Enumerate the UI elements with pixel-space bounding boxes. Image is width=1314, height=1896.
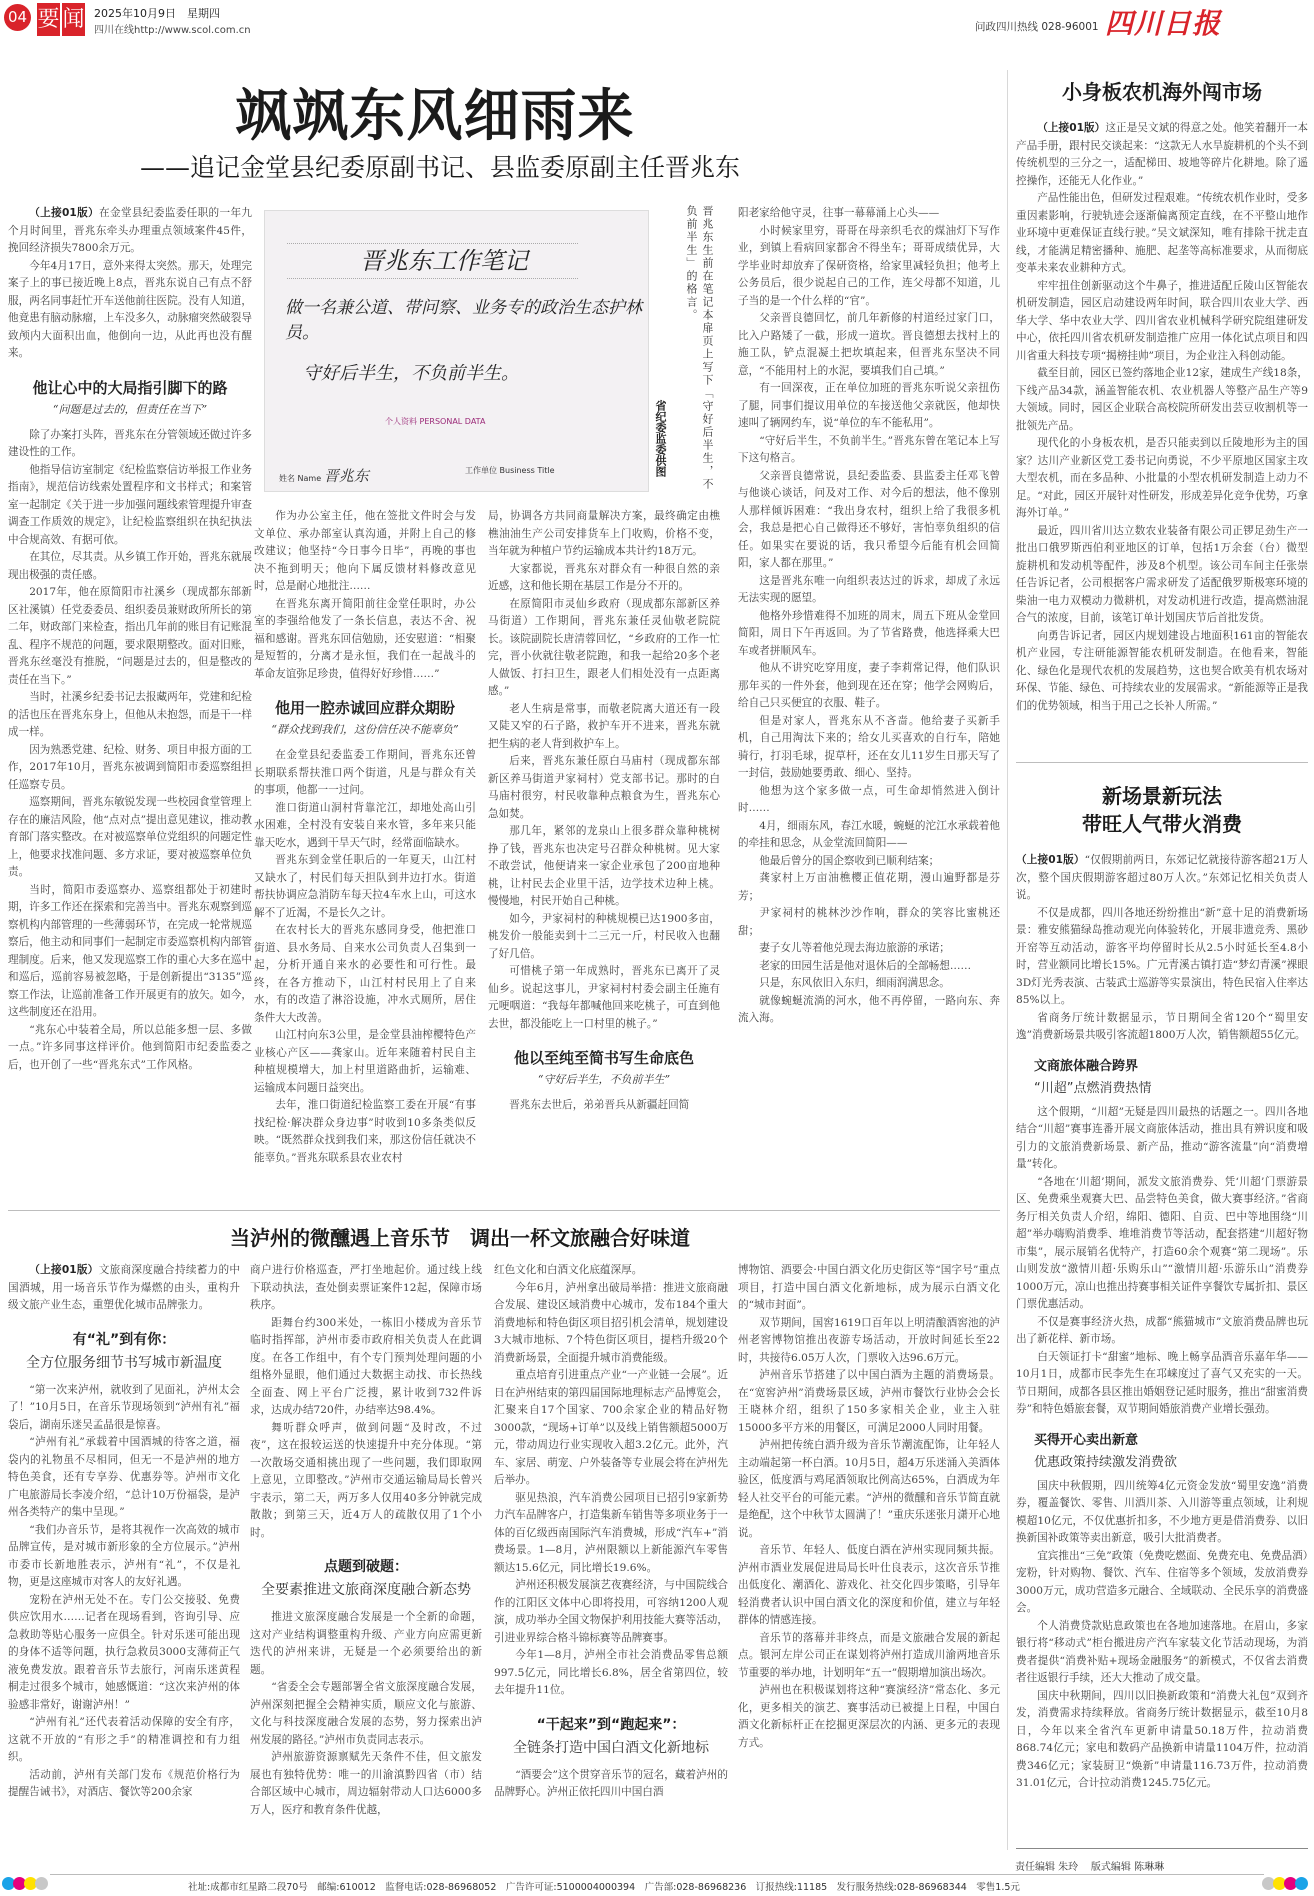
paragraph: “兆东心中装着全局，所以总能多想一层、多做一点。”许多同事这样评价。他到简阳市纪… <box>8 1022 252 1075</box>
section-heading: 有“礼”到有你： 全方位服务细节书写城市新温度 <box>8 1329 240 1372</box>
main-story-column-2: 作为办公室主任，他在签批文件时会与发文单位、承办部室认真沟通，并附上自己的修改建… <box>254 508 476 1167</box>
paragraph: “泸州有礼”承载着中国酒城的待客之道，福袋内的礼物虽不尽相同，但无一不是泸州的地… <box>8 1434 240 1522</box>
paragraph: 不仅是成都，四川各地还纷纷推出“新”意十足的消费新场景：雅安熊猫绿岛推动观光向体… <box>1016 905 1308 1010</box>
paragraph: 有一回深夜，正在单位加班的晋兆东听说父亲扭伤了腿，同事们提议用单位的车接送他父亲… <box>738 380 1000 433</box>
subheading: 文商旅体融合跨界 “川超”点燃消费热情 <box>1034 1055 1308 1096</box>
paragraph: 当时，简阳市委巡察办、巡察组都处于初建时期，许多工作还在探索和完善当中。晋兆东观… <box>8 882 252 1022</box>
photo-handwriting-line: 守好后半生，不负前半生。 <box>303 359 519 385</box>
paragraph: 产品性能出色，但研发过程艰难。“传统农机作业时，受多重因素影响，行驶轨迹会逐渐偏… <box>1016 190 1308 278</box>
registration-marks-left <box>2 1877 46 1890</box>
paragraph: 去年，淮口街道纪检监察工委在开展“有事找纪检·解决群众身边事”时收到10多条类似… <box>254 1097 476 1167</box>
paragraph: 后来，晋兆东兼任原白马庙村（现成都东部新区养马街道尹家祠村）党支部书记。那时的白… <box>488 753 720 823</box>
main-story-column-3: 局，协调各方共同商量解决方案，最终确定由樵樵油油生产公司安排货车上门收购，价格不… <box>488 508 720 1115</box>
paragraph: 龚家村上万亩油樵樱正值花期，漫山遍野都是芬芳； <box>738 870 1000 905</box>
section-heading: 他以至纯至简书写生命底色 “守好后半生，不负前半生” <box>488 1047 720 1087</box>
right-bottom-headline: 新场景新玩法 带旺人气带火消费 <box>1016 782 1308 838</box>
paragraph: 个人消费贷款贴息政策也在各地加速落地。在眉山，多家银行将“移动式”柜台搬进房产汽… <box>1016 1618 1308 1688</box>
paragraph: 淮口街道山洞村背靠沱江，却地处高山引水困难，全村没有安装自来水管，多年来只能靠天… <box>254 800 476 853</box>
photo-work-field: 工作单位 Business Title <box>465 465 555 476</box>
paragraph: 白天领证打卡“甜蜜”地标、晚上畅享品酒音乐嘉年华——10月1日，成都市民李先生在… <box>1016 1349 1308 1419</box>
editor-credits: 责任编辑 朱玲 版式编辑 陈琳琳 <box>1015 1858 1164 1873</box>
paragraph: 国庆中秋期间，四川以旧换新政策和“消费大礼包”双到齐发，消费需求持续释放。省商务… <box>1016 1688 1308 1793</box>
section-tag: 要 闻 <box>37 3 85 36</box>
paragraph: 4月，细雨东风，春江水暖，蜿蜒的沱江水承载着他的牵挂和思念，从金堂流回简阳—— <box>738 818 1000 853</box>
paragraph: “守好后半生，不负前半生。”晋兆东曾在笔记本上写下这句格言。 <box>738 433 1000 468</box>
paragraph: 距舞台约300米处，一栋旧小楼成为音乐节临时指挥部，泸州市委市政府相关负责人在此… <box>250 1315 482 1420</box>
paragraph: 父亲晋良德回忆，前几年新修的村道经过家门口，比入户路矮了一截，形成一道坎。晋良德… <box>738 310 1000 380</box>
registration-dot-icon <box>1295 1877 1308 1890</box>
paragraph: 驱见热浪，汽车消费公园项目已招引9家新势力汽车品牌客户，打造集新车销售等多项业务… <box>494 1490 728 1578</box>
footer: 社址:成都市红星路二段70号 邮编:610012 监督电话:028-869680… <box>0 1872 1314 1896</box>
paragraph: 在金堂县纪委监委工作期间，晋兆东还曾长期联系帮扶淮口两个街道，凡是与群众有关的事… <box>254 747 476 800</box>
newspaper-logo: 四川日报 <box>1105 2 1221 42</box>
paragraph: 这个假期，“川超”无疑是四川最热的话题之一。四川各地结合“川超”赛事连番开展文商… <box>1016 1104 1308 1174</box>
paragraph: 那几年，紧邻的龙泉山上很多群众靠种桃树挣了钱，晋兆东也决定号召群众种桃树。见大家… <box>488 823 720 911</box>
registration-marks-right <box>1262 1877 1306 1890</box>
main-subheadline: ——追记金堂县纪委原副书记、县监委原副主任晋兆东 <box>80 148 800 184</box>
paragraph: 省商务厅统计数据显示，节日期间全省120个“蜀里安逸”消费新场景共吸引客流超18… <box>1016 1010 1308 1045</box>
paragraph: 泸州把传统白酒升级为音乐节潮流配饰，让年轻人主动端起第一杯白酒。10月5日，超4… <box>738 1437 1000 1542</box>
main-story-column-4: 阳老家给他守灵，往事一幕幕涌上心头—— 小时候家里穷，哥哥在母亲织毛衣的煤油灯下… <box>738 205 1000 1028</box>
paragraph: 重点培育引进重点产业“一产业链一会展”。近日在泸州结束的第四届国际地理标志产品博… <box>494 1367 728 1490</box>
photo-stamp: 个人资料 PERSONAL DATA <box>385 416 485 427</box>
paragraph: 这是晋兆东唯一向组织表达过的诉求，却成了永远无法实现的愿望。 <box>738 573 1000 608</box>
right-top-headline: 小身板农机海外闯市场 <box>1016 78 1308 106</box>
paragraph: 现代化的小身板农机，是否只能卖到以丘陵地形为主的国家？达川产业新区党工委书记向勇… <box>1016 435 1308 523</box>
section-heading: “干起来”到“跑起来”： 全链条打造中国白酒文化新地标 <box>494 1714 728 1757</box>
paragraph: 在其位，尽其责。从乡镇工作开始，晋兆东就展现出极强的责任感。 <box>8 549 252 584</box>
paragraph: 就像蜿蜒流淌的河水，他不再停留，一路向东、奔流入海。 <box>738 993 1000 1028</box>
right-bottom-story-body: （上接01版）“仅假期前两日，东郊记忆就接待游客超21万人次，整个国庆假期游客超… <box>1016 852 1308 1793</box>
paragraph: 向勇告诉记者，园区内规划建设占地面积161亩的智能农机产业园，专注研能源智能农机… <box>1016 628 1308 716</box>
paragraph: 在原简阳市灵仙乡政府（现成都东部新区养马街道）工作期间，晋兆东兼任灵仙敬老院院长… <box>488 596 720 701</box>
paragraph: 只是，东风依旧入东归，细雨润满思念。 <box>738 975 1000 993</box>
paragraph: 阳老家给他守灵，往事一幕幕涌上心头—— <box>738 205 1000 223</box>
story-separator <box>8 1210 1000 1211</box>
paragraph: 泸州还积极发展演艺夜赛经济，与中国院线合作的江阳区文体中心即将投用，可容纳120… <box>494 1577 728 1647</box>
paragraph: 山江村向东3公里，是金堂县油榨樱特色产业核心产区——龚家山。近年来随着村民自主种… <box>254 1027 476 1097</box>
paragraph: “各地在‘川超’期间，派发文旅消费券、凭‘川超’门票游景区、免费乘坐观赛大巴、品… <box>1016 1174 1308 1314</box>
paragraph: 老家的田园生活是他对退休后的全部畅想…… <box>738 958 1000 976</box>
masthead: 04 要 闻 2025年10月9日 星期四 四川在线http://www.sco… <box>0 0 1314 46</box>
photo-handwriting-line: 做一名兼公道、带问察、业务专的政治生态护林员。 <box>285 293 648 343</box>
paragraph: 国庆中秋假期，四川统筹4亿元资金发放“蜀里安逸”消费券，覆盖餐饮、零售、川酒川茶… <box>1016 1478 1308 1548</box>
paragraph: 除了办案打头阵，晋兆东在分管领域还做过许多建设性的工作。 <box>8 427 252 462</box>
paragraph: 他想为这个家多做一点，可生命却悄然进入倒计时…… <box>738 783 1000 818</box>
paragraph: 商户进行价格巡查，严打坐地起价。通过线上线下联动执法，查处倒卖票证案件12起，保… <box>250 1262 482 1315</box>
paragraph: 他指导信访室制定《纪检监察信访举报工作业务指南》，规范信访线索处置程序和文书样式… <box>8 462 252 550</box>
bottom-story-column-2: 商户进行价格巡查，严打坐地起价。通过线上线下联动执法，查处倒卖票证案件12起，保… <box>250 1262 482 1819</box>
column-divider <box>1007 70 1008 1850</box>
paragraph: （上接01版）文旅商深度融合持续蓄力的中国酒城，用一场音乐节作为爆燃的由头，重构… <box>8 1262 240 1315</box>
paragraph: 今年4月17日，意外来得太突然。那天，处理完案子上的事已接近晚上8点，晋兆东说自… <box>8 258 252 363</box>
paragraph: 音乐节、年轻人、低度白酒在泸州实现同频共振。泸州市酒业发展促进局局长叶仕良表示，… <box>738 1542 1000 1630</box>
main-headline: 飒飒东风细雨来 <box>120 72 750 152</box>
hotline: 问政四川热线 028-96001 <box>975 19 1099 34</box>
paragraph: 红色文化和白酒文化底蕴深厚。 <box>494 1262 728 1280</box>
bottom-story-headline: 当泸州的微醺遇上音乐节 调出一杯文旅融合好味道 <box>170 1222 750 1251</box>
paragraph: “省委全会专题部署全省文旅深度融合发展，泸州深刻把握全会精神实质，顺应文化与旅游… <box>250 1679 482 1749</box>
paragraph: 因为熟悉党建、纪检、财务、项目申报方面的工作，2017年10月，晋兆东被调到简阳… <box>8 742 252 795</box>
paragraph: 牢牢扭住创新驱动这个牛鼻子，推进适配丘陵山区智能农机研发制造，园区启动建设两年时… <box>1016 278 1308 366</box>
paragraph: 博物馆、酒要会·中国白酒文化历史街区等“国字号”重点项目，打造中国白酒文化新地标… <box>738 1262 1000 1315</box>
paragraph: （上接01版）在金堂县纪委监委任职的一年九个月时间里，晋兆东牵头办理重点领域案件… <box>8 205 252 258</box>
paragraph: 父亲晋良德常说，县纪委监委、县监委主任邓飞曾与他谈心谈话，问及对工作、对今后的想… <box>738 468 1000 573</box>
paragraph: 小时候家里穷，哥哥在母亲织毛衣的煤油灯下写作业，到镇上看病回家都舍不得坐车；哥哥… <box>738 223 1000 311</box>
paragraph: 尹家祠村的桃林沙沙作响，群众的笑容比蜜桃还甜； <box>738 905 1000 940</box>
right-top-story-body: （上接01版）这正是吴文斌的得意之处。他笑着翻开一本产品手册，跟村民交谈起来：“… <box>1016 120 1308 715</box>
section-heading: 点题到破题： 全要素推进文旅商深度融合新态势 <box>250 1556 482 1599</box>
paragraph: 妻子女儿等着他兑现去海边旅游的承诺； <box>738 940 1000 958</box>
paragraph: 活动前，泸州有关部门发布《规范价格行为提醒告诫书》，对酒店、餐饮等200余家 <box>8 1767 240 1802</box>
paragraph: 他格外珍惜难得不加班的周末，周五下班从金堂回简阳，周日下午再返回。为了节省路费，… <box>738 608 1000 661</box>
paragraph: 在晋兆东离开简阳前往金堂任职时，办公室的李强给他发了一条长信息，表达不舍、祝福和… <box>254 596 476 684</box>
paragraph: 2017年，他在原简阳市社溪乡（现成都东部新区社溪镇）任党委委员、组织委员兼财政… <box>8 584 252 689</box>
photo-name-field: 姓名 Name 晋兆东 <box>279 465 369 486</box>
paragraph: 泸州也在积极谋划将这种“赛演经济”常态化、多元化，更多相关的演艺、赛事活动已被提… <box>738 1682 1000 1752</box>
section-heading: 他用一腔赤诚回应群众期盼 “群众找到我们，这份信任决不能辜负” <box>254 697 476 737</box>
section-heading: 他让心中的大局指引脚下的路 “问题是过去的，但责任在当下” <box>8 377 252 417</box>
paragraph: 但是对家人，晋兆东从不吝啬。他给妻子买新手机，自己用淘汰下来的；给女儿买喜欢的自… <box>738 713 1000 783</box>
subheading: 买得开心卖出新意 优惠政策持续激发消费欲 <box>1034 1429 1308 1470</box>
paragraph: （上接01版）“仅假期前两日，东郊记忆就接待游客超21万人次，整个国庆假期游客超… <box>1016 852 1308 905</box>
bottom-story-column-4: 博物馆、酒要会·中国白酒文化历史街区等“国字号”重点项目，打造中国白酒文化新地标… <box>738 1262 1000 1752</box>
paragraph: 宜宾推出“三免”政策（免费吃燃面、免费充电、免费品酒）宠粉，针对购物、餐饮、汽车… <box>1016 1548 1308 1618</box>
paragraph: “酒要会”这个贯穿音乐节的冠名，藏着泸州的品牌野心。泸州正依托四川中国白酒 <box>494 1767 728 1802</box>
notebook-photo: 晋兆东工作笔记 做一名兼公道、带问察、业务专的政治生态护林员。 守好后半生，不负… <box>264 210 649 492</box>
paragraph: 不仅是赛事经济火热，成都“熊猫城市”文旅消费品牌也玩出了新花样、新市场。 <box>1016 1314 1308 1349</box>
bottom-story-column-1: （上接01版）文旅商深度融合持续蓄力的中国酒城，用一场音乐节作为爆燃的由头，重构… <box>8 1262 240 1802</box>
paragraph: 推进文旅深度融合发展是一个全新的命题，这对产业结构调整重构升级、产业方向应需更新… <box>250 1609 482 1679</box>
section-tag-char: 闻 <box>62 3 85 36</box>
paragraph: 晋兆东去世后，弟弟晋兵从新疆赶回简 <box>488 1097 720 1115</box>
footer-info: 社址:成都市红星路二段70号 邮编:610012 监督电话:028-869680… <box>188 1879 1020 1893</box>
section-tag-char: 要 <box>37 3 60 36</box>
paragraph: “我们办音乐节，是将其视作一次高效的城市品牌宣传，是对城市新形象的全方位展示。”… <box>8 1522 240 1592</box>
paragraph: 老人生病是常事，而敬老院离大道还有一段又陡又窄的石子路，救护车开不进来，晋兆东就… <box>488 701 720 754</box>
paragraph: 晋兆东到金堂任职后的一年夏天，山江村又缺水了，村民们每天担队到井边打水。街道帮扶… <box>254 852 476 922</box>
main-story-column-1: （上接01版）在金堂县纪委监委任职的一年九个月时间里，晋兆东牵头办理重点领域案件… <box>8 205 252 1074</box>
paragraph: 舞听群众呼声，做到问题“及时改，不过夜”，这在报较运送的快速提升中充分体现。“第… <box>250 1420 482 1543</box>
story-separator <box>1016 762 1308 763</box>
paragraph: 局，协调各方共同商量解决方案，最终确定由樵樵油油生产公司安排货车上门收购，价格不… <box>488 508 720 561</box>
registration-dot-icon <box>35 1877 48 1890</box>
photo-caption: 晋兆东生前在笔记本扉页上写下「守好后半生，不负前半生」的格言。 <box>683 205 715 495</box>
paragraph: 可惜桃子第一年成熟时，晋兆东已离开了灵仙乡。说起这事儿，尹家祠村村委会副主任施有… <box>488 963 720 1033</box>
paragraph: 大家都说，晋兆东对群众有一种很自然的亲近感，这和他长期在基层工作是分不开的。 <box>488 561 720 596</box>
photo-handwriting-title: 晋兆东工作笔记 <box>360 241 528 276</box>
paragraph: 截至目前，园区已签约落地企业12家，建成生产线18条，下线产品34款，涵盖智能农… <box>1016 365 1308 435</box>
paragraph: 巡察期间，晋兆东敏锐发现一些校园食堂管理上存在的廉洁风险，他“点对点”提出意见建… <box>8 794 252 882</box>
paragraph: 他最后曾分的国企察收到已顺利结案； <box>738 853 1000 871</box>
paragraph: 最近，四川省川达立数农业装备有限公司正锣足劲生产一批出口俄罗斯西伯利亚地区的订单… <box>1016 523 1308 628</box>
paragraph: 泸州旅游资源禀赋先天条件不佳，但文旅发展也有独特优势：唯一的川渝滇黔四省（市）结… <box>250 1749 482 1819</box>
paragraph: 音乐节的落幕并非终点，而是文旅融合发展的新起点。银河左岸公司正在谋划将泸州打造成… <box>738 1630 1000 1683</box>
paragraph: “第一次来泸州，就收到了见面礼，泸州太会了！”10月5日，在音乐节现场领到“泸州… <box>8 1382 240 1435</box>
footer-rule <box>50 1874 1264 1875</box>
paragraph: 他从不讲究吃穿用度，妻子李莉常记得，他们队识那年买的一件外套，他到现在还在穿；他… <box>738 660 1000 713</box>
paragraph: 今年6月，泸州拿出破局举措：推进文旅商融合发展、建设区域消费中心城市，发布184… <box>494 1280 728 1368</box>
paragraph: 如今，尹家祠村的种桃规模已达1900多亩，桃发价一般能卖到十二三元一斤，村民收入… <box>488 911 720 964</box>
paragraph: 宠粉在泸州无处不在。专门公交接驳、免费供应饮用水……记者在现场看到，咨询引导、应… <box>8 1592 240 1715</box>
paragraph: 在农村长大的晋兆东感同身受，他把淮口街道、县水务局、自来水公司负责人召集到一起，… <box>254 922 476 1027</box>
page-number-badge: 04 <box>4 4 31 31</box>
paragraph: （上接01版）这正是吴文斌的得意之处。他笑着翻开一本产品手册，跟村民交谈起来：“… <box>1016 120 1308 190</box>
bottom-story-column-3: 红色文化和白酒文化底蕴深厚。 今年6月，泸州拿出破局举措：推进文旅商融合发展、建… <box>494 1262 728 1802</box>
paragraph: 泸州音乐节搭建了以中国白酒为主题的消费场景。在“宽窖泸州”消费场景区域，泸州市餐… <box>738 1367 1000 1437</box>
website-link[interactable]: 四川在线http://www.scol.com.cn <box>94 21 251 36</box>
paragraph: “泸州有礼”还代表着活动保障的安全有序，这就不开放的“有形之手”的精准调控和有力… <box>8 1714 240 1767</box>
paragraph: 双节期间，国窖1619口百年以上明清酿酒窖池的泸州老窖博物馆推出夜游专场活动，开… <box>738 1315 1000 1368</box>
photo-credit: 省纪委监委供图 <box>652 400 668 490</box>
paragraph: 作为办公室主任，他在签批文件时会与发文单位、承办部室认真沟通，并附上自己的修改建… <box>254 508 476 596</box>
credits-rule <box>1016 1848 1308 1849</box>
paragraph: 当时，社溪乡纪委书记去报藏两年，党建和纪检的活也压在晋兆东身上，但他从未抱怨，而… <box>8 689 252 742</box>
issue-date: 2025年10月9日 星期四 <box>94 5 220 21</box>
paragraph: 今年1—8月，泸州全市社会消费品零售总额997.5亿元，同比增长6.8%，居全省… <box>494 1647 728 1700</box>
